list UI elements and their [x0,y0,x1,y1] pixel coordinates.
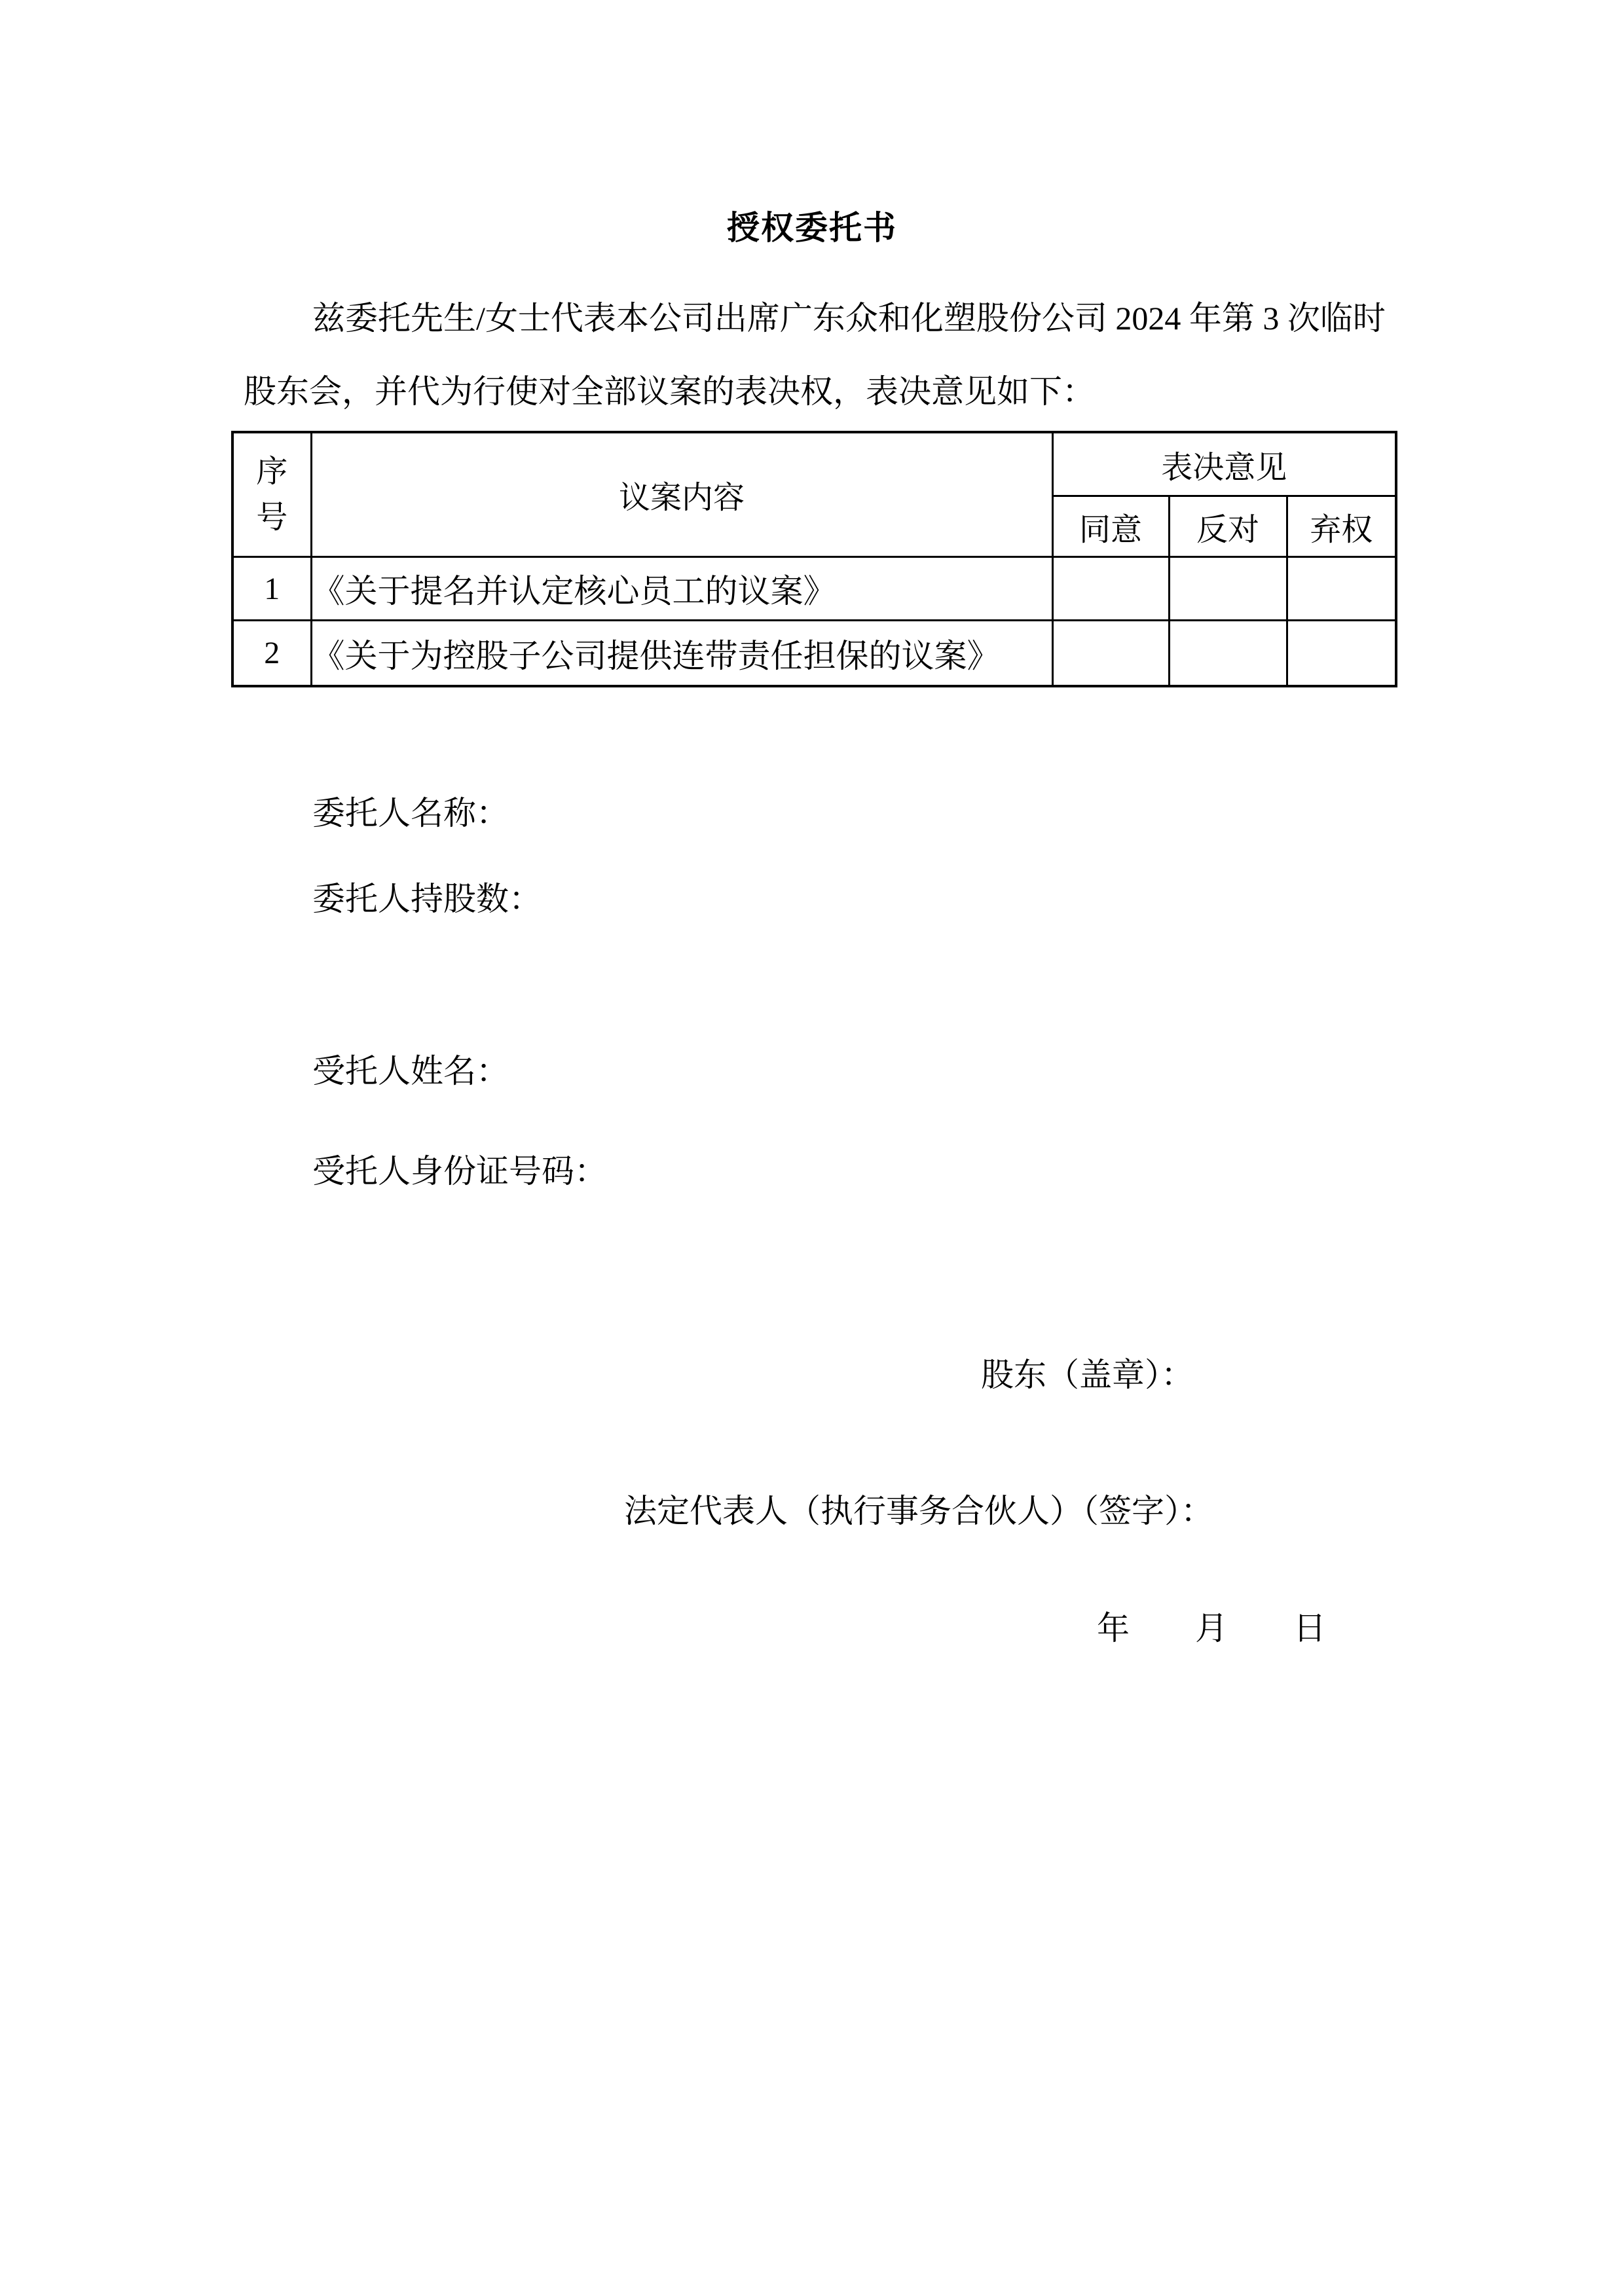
row-2-abstain-blank-cell [1287,621,1396,687]
row-1-proposal-title: 《关于提名并认定核心员工的议案》 [311,557,1052,621]
row-1-abstain-blank-cell [1287,557,1396,621]
document-page: { "document": { "title": "授权委托书", "intro… [0,0,1624,2296]
trustee-name-field-label: 受托人姓名： [312,1051,509,1091]
table-row: 2 《关于为控股子公司提供连带责任担保的议案》 [232,621,1396,687]
row-2-seq: 2 [232,621,311,687]
voting-table: 序号 议案内容 表决意见 同意 反对 弃权 1 《关于提名并认定核心员工的议案》… [231,431,1397,687]
table-header-row-1: 序号 议案内容 表决意见 [232,432,1396,496]
principal-name-field-label: 委托人名称： [312,793,509,833]
header-proposal-content-cell: 议案内容 [311,432,1052,557]
header-abstain-cell: 弃权 [1287,496,1396,557]
header-seq-no-cell: 序号 [232,432,311,557]
row-2-proposal-title: 《关于为控股子公司提供连带责任担保的议案》 [311,621,1052,687]
principal-shares-field-label: 委托人持股数： [312,879,542,919]
intro-paragraph-line-2: 股东会，并代为行使对全部议案的表决权，表决意见如下： [244,371,1095,412]
intro-paragraph-line-1: 兹委托先生/女士代表本公司出席广东众和化塑股份公司 2024 年第 3 次临时 [312,298,1386,338]
header-seq-no-label: 序号 [256,449,287,541]
shareholder-seal-line: 股东（盖章）： [981,1355,1194,1395]
row-1-agree-blank-cell [1052,557,1169,621]
row-2-oppose-blank-cell [1169,621,1287,687]
document-title: 授权委托书 [0,208,1624,247]
date-line: 年 月 日 [1097,1608,1326,1649]
row-2-agree-blank-cell [1052,621,1169,687]
table-row: 1 《关于提名并认定核心员工的议案》 [232,557,1396,621]
header-agree-cell: 同意 [1052,496,1169,557]
row-1-oppose-blank-cell [1169,557,1287,621]
header-voting-opinion-cell: 表决意见 [1052,432,1396,496]
row-1-seq: 1 [232,557,311,621]
header-oppose-cell: 反对 [1169,496,1287,557]
legal-representative-signature-line: 法定代表人（执行事务合伙人）（签字）： [624,1491,1213,1531]
trustee-id-field-label: 受托人身份证号码： [312,1151,607,1192]
